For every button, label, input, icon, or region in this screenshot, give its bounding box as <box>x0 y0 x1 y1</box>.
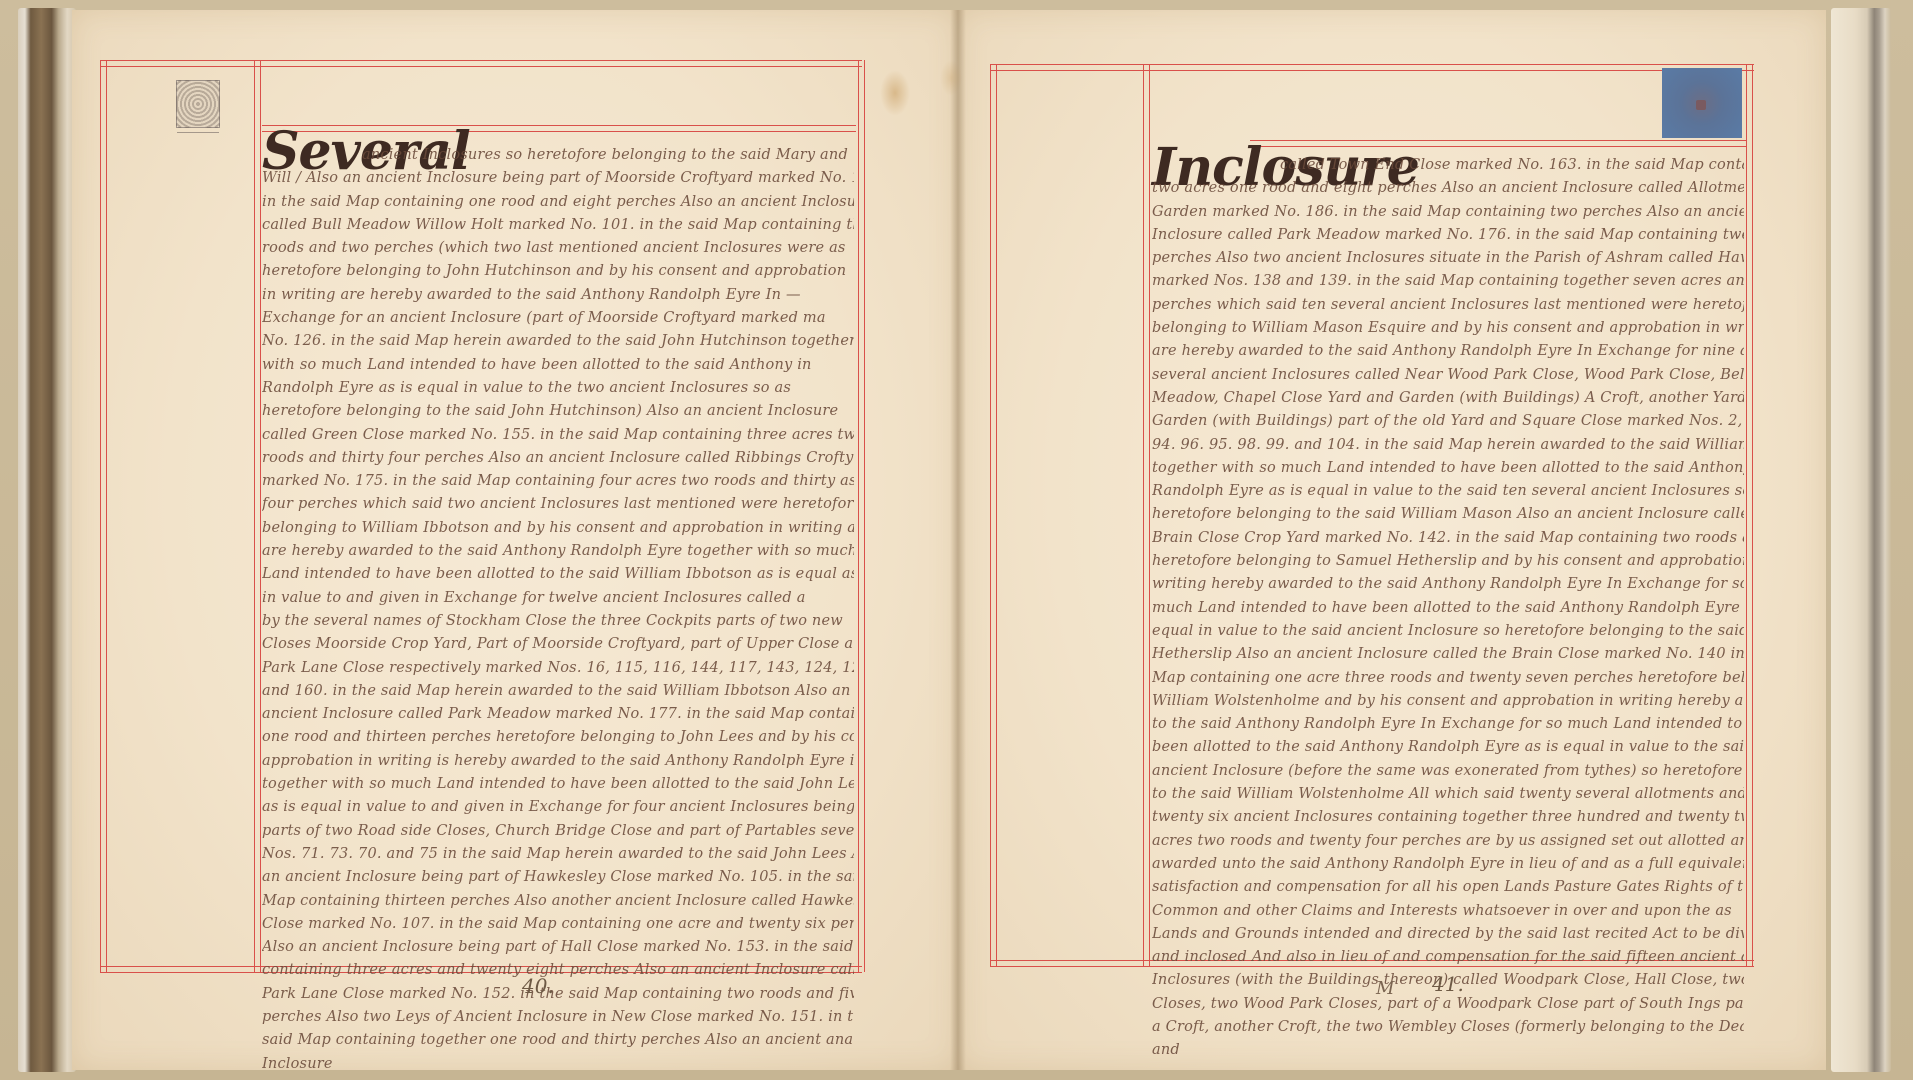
manuscript-line: ancient Inclosure (before the same was e… <box>1152 760 1744 783</box>
manuscript-line: in writing are hereby awarded to the sai… <box>262 284 854 307</box>
manuscript-line: to the said Anthony Randolph Eyre In Exc… <box>1152 713 1744 736</box>
manuscript-line: four perches which said two ancient Incl… <box>262 493 854 516</box>
manuscript-line: awarded unto the said Anthony Randolph E… <box>1152 853 1744 876</box>
manuscript-line: called Bull Meadow Willow Holt marked No… <box>262 214 854 237</box>
left-page-number: 40. <box>522 974 554 998</box>
manuscript-line: several ancient Inclosures called Near W… <box>1152 364 1744 387</box>
manuscript-line: perches Also two ancient Inclosures situ… <box>1152 247 1744 270</box>
manuscript-line: and 160. in the said Map herein awarded … <box>262 680 854 703</box>
left-top-rule <box>100 60 862 61</box>
manuscript-line: one rood and thirteen perches heretofore… <box>262 726 854 749</box>
manuscript-line: acres two roods and twenty four perches … <box>1152 830 1744 853</box>
manuscript-line: Closes, two Wood Park Closes, part of a … <box>1152 993 1744 1016</box>
left-outer-margin-rule <box>100 60 101 972</box>
manuscript-line: Map containing one acre three roods and … <box>1152 667 1744 690</box>
manuscript-line: belonging to William Ibbotson and by his… <box>262 517 854 540</box>
manuscript-line: roods and two perches (which two last me… <box>262 237 854 260</box>
manuscript-line: heretofore belonging to Samuel Hethersli… <box>1152 550 1744 573</box>
manuscript-line: Meadow, Chapel Close Yard and Garden (wi… <box>1152 387 1744 410</box>
manuscript-line: perches which said ten several ancient I… <box>1152 294 1744 317</box>
left-page-body: ancient Inclosures so heretofore belongi… <box>262 144 854 1076</box>
book-page-edges-right <box>1831 8 1891 1072</box>
manuscript-line: William Wolstenholme and by his consent … <box>1152 690 1744 713</box>
manuscript-line: much Land intended to have been allotted… <box>1152 597 1744 620</box>
manuscript-line: 94. 96. 95. 98. 99. and 104. in the said… <box>1152 434 1744 457</box>
manuscript-line: Common and other Claims and Interests wh… <box>1152 900 1744 923</box>
manuscript-line: Garden (with Buildings) part of the old … <box>1152 410 1744 433</box>
manuscript-line: satisfaction and compensation for all hi… <box>1152 876 1744 899</box>
blue-revenue-stamp-icon <box>1662 68 1742 138</box>
right-top-rule <box>990 64 1754 65</box>
manuscript-line: ancient Inclosures so heretofore belongi… <box>262 144 854 167</box>
manuscript-line: writing hereby awarded to the said Antho… <box>1152 573 1744 596</box>
manuscript-line: by the several names of Stockham Close t… <box>262 610 854 633</box>
manuscript-line: belonging to William Mason Esquire and b… <box>1152 317 1744 340</box>
manuscript-line: an ancient Inclosure being part of Hawke… <box>262 866 854 889</box>
manuscript-line: Also an ancient Inclosure being part of … <box>262 936 854 959</box>
manuscript-line: twenty six ancient Inclosures containing… <box>1152 806 1744 829</box>
manuscript-line: Land intended to have been allotted to t… <box>262 563 854 586</box>
paper-stain <box>880 70 910 116</box>
manuscript-line: Hetherslip Also an ancient Inclosure cal… <box>1152 643 1744 666</box>
manuscript-line: in the said Map containing one rood and … <box>262 191 854 214</box>
manuscript-line: are hereby awarded to the said Anthony R… <box>1152 340 1744 363</box>
right-right-margin-rule <box>1746 64 1747 966</box>
manuscript-line: Nos. 71. 73. 70. and 75 in the said Map … <box>262 843 854 866</box>
paper-stain <box>940 60 962 96</box>
book-spine-left-edge <box>18 8 76 1072</box>
manuscript-line: a Croft, another Croft, the two Wembley … <box>1152 1016 1744 1039</box>
manuscript-line: roods and thirty four perches Also an an… <box>262 447 854 470</box>
left-inner-margin-rule <box>254 60 255 972</box>
manuscript-line: to the said William Wolstenholme All whi… <box>1152 783 1744 806</box>
manuscript-line: perches Also two Leys of Ancient Inclosu… <box>262 1006 854 1029</box>
manuscript-line: No. 126. in the said Map herein awarded … <box>262 330 854 353</box>
manuscript-line: Lands and Grounds intended and directed … <box>1152 923 1744 946</box>
manuscript-line: approbation in writing is hereby awarded… <box>262 750 854 773</box>
manuscript-line: equal in value to the said ancient Inclo… <box>1152 620 1744 643</box>
manuscript-line: marked Nos. 138 and 139. in the said Map… <box>1152 270 1744 293</box>
book-gutter <box>950 10 966 1070</box>
right-inner-margin-rule <box>1143 64 1144 966</box>
manuscript-line: Park Lane Close marked No. 152. in the s… <box>262 983 854 1006</box>
left-right-margin-rule <box>858 60 859 972</box>
manuscript-line: been allotted to the said Anthony Randol… <box>1152 736 1744 759</box>
manuscript-line: Inclosure <box>262 1053 854 1076</box>
manuscript-line: heretofore belonging to John Hutchinson … <box>262 260 854 283</box>
manuscript-line: Brain Close Crop Yard marked No. 142. in… <box>1152 527 1744 550</box>
manuscript-line: together with so much Land intended to h… <box>1152 457 1744 480</box>
manuscript-line: Closes Moorside Crop Yard, Part of Moors… <box>262 633 854 656</box>
manuscript-line: containing three acres and twenty eight … <box>262 959 854 982</box>
manuscript-line: Inclosure called Park Meadow marked No. … <box>1152 224 1744 247</box>
manuscript-line: parts of two Road side Closes, Church Br… <box>262 820 854 843</box>
manuscript-line: in value to and given in Exchange for tw… <box>262 587 854 610</box>
manuscript-line: Randolph Eyre as is equal in value to th… <box>1152 480 1744 503</box>
manuscript-line: as is equal in value to and given in Exc… <box>262 796 854 819</box>
manuscript-line: ancient Inclosure called Park Meadow mar… <box>262 703 854 726</box>
right-page-mark: M <box>1376 978 1394 999</box>
embossed-stamp-icon <box>176 80 220 128</box>
manuscript-line: marked No. 175. in the said Map containi… <box>262 470 854 493</box>
manuscript-line: are hereby awarded to the said Anthony R… <box>262 540 854 563</box>
manuscript-line: Randolph Eyre as is equal in value to th… <box>262 377 854 400</box>
manuscript-line: together with so much Land intended to h… <box>262 773 854 796</box>
manuscript-line: said Map containing together one rood an… <box>262 1029 854 1052</box>
manuscript-line: Close marked No. 107. in the said Map co… <box>262 913 854 936</box>
right-page-body: called Town End Close marked No. 163. in… <box>1152 154 1744 1063</box>
manuscript-line: with so much Land intended to have been … <box>262 354 854 377</box>
manuscript-line: called Town End Close marked No. 163. in… <box>1152 154 1744 177</box>
manuscript-line: two acres one rood and eight perches Als… <box>1152 177 1744 200</box>
right-page-number: 41. <box>1432 972 1464 996</box>
manuscript-line: and inclosed And also in lieu of and com… <box>1152 946 1744 969</box>
manuscript-line: Garden marked No. 186. in the said Map c… <box>1152 201 1744 224</box>
manuscript-line: Map containing thirteen perches Also ano… <box>262 890 854 913</box>
manuscript-line: Park Lane Close respectively marked Nos.… <box>262 657 854 680</box>
manuscript-line: Exchange for an ancient Inclosure (part … <box>262 307 854 330</box>
manuscript-line: heretofore belonging to the said John Hu… <box>262 400 854 423</box>
manuscript-line: called Green Close marked No. 155. in th… <box>262 424 854 447</box>
manuscript-line: heretofore belonging to the said William… <box>1152 503 1744 526</box>
manuscript-line: and <box>1152 1039 1744 1062</box>
right-outer-margin-rule <box>990 64 991 966</box>
manuscript-line: Will / Also an ancient Inclosure being p… <box>262 167 854 190</box>
